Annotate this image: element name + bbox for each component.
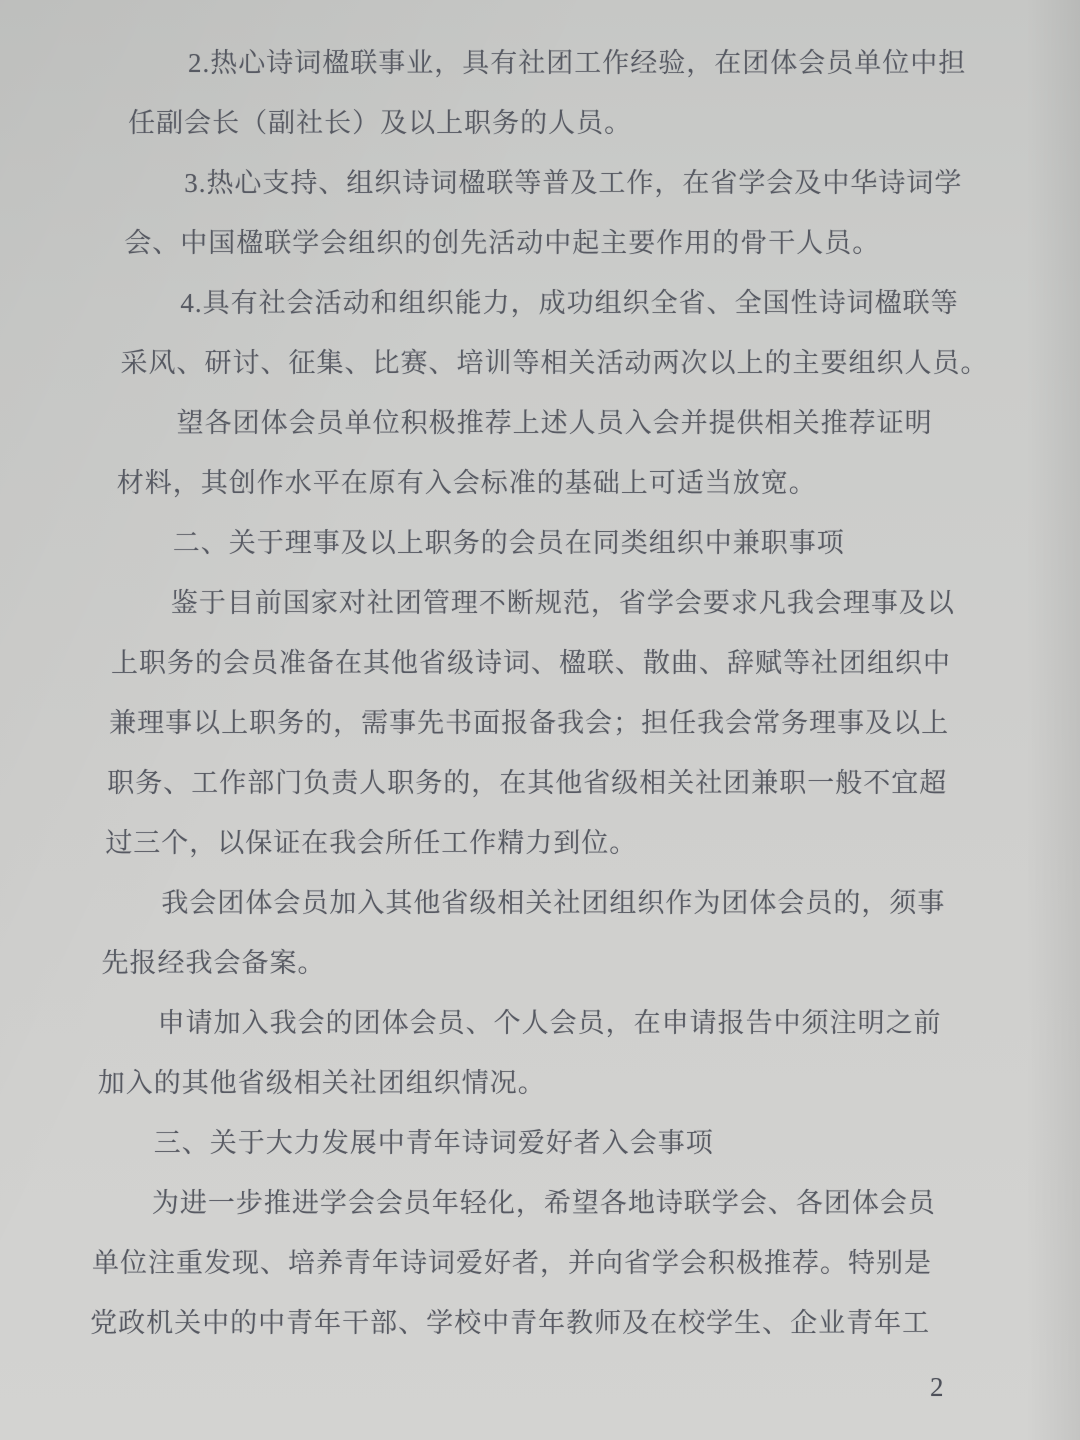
text-line: 会、中国楹联学会组织的创先活动中起主要作用的骨干人员。 [124,213,980,273]
text-line: 加入的其他省级相关社团组织情况。 [98,1053,980,1113]
text-line: 鉴于目前国家对社团管理不断规范，省学会要求凡我会理事及以 [171,573,980,633]
text-line: 3.热心支持、组织诗词楹联等普及工作，在省学会及中华诗词学 [184,153,980,213]
section-heading-2: 二、关于理事及以上职务的会员在同类组织中兼职事项 [173,513,980,573]
section-heading-3: 三、关于大力发展中青年诗词爱好者入会事项 [154,1113,980,1173]
text-line: 单位注重发现、培养青年诗词爱好者，并向省学会积极推荐。特别是 [92,1233,980,1293]
text-line: 先报经我会备案。 [102,933,981,993]
text-line: 上职务的会员准备在其他省级诗词、楹联、散曲、辞赋等社团组织中 [111,633,980,693]
page-number: 2 [930,1372,944,1403]
text-line: 望各团体会员单位积极推荐上述人员入会并提供相关推荐证明 [177,393,980,453]
document-body: 2.热心诗词楹联事业，具有社团工作经验，在团体会员单位中担 任副会长（副社长）及… [130,33,980,1353]
text-line: 4.具有社会活动和组织能力，成功组织全省、全国性诗词楹联等 [180,273,980,333]
text-line: 采风、研讨、征集、比赛、培训等相关活动两次以上的主要组织人员。 [121,333,981,393]
text-line: 我会团体会员加入其他省级相关社团组织作为团体会员的，须事 [161,873,980,933]
text-line: 党政机关中的中青年干部、学校中青年教师及在校学生、企业青年工 [90,1293,980,1353]
text-line: 过三个，以保证在我会所任工作精力到位。 [105,813,980,873]
text-line: 任副会长（副社长）及以上职务的人员。 [128,93,980,153]
document-photo: 2.热心诗词楹联事业，具有社团工作经验，在团体会员单位中担 任副会长（副社长）及… [0,0,1080,1440]
text-line: 申请加入我会的团体会员、个人会员，在申请报告中须注明之前 [158,993,980,1053]
text-line: 兼理事以上职务的，需事先书面报备我会；担任我会常务理事及以上 [109,693,980,753]
text-line: 2.热心诗词楹联事业，具有社团工作经验，在团体会员单位中担 [188,33,980,93]
text-line: 为进一步推进学会会员年轻化，希望各地诗联学会、各团体会员 [152,1173,980,1233]
text-line: 材料，其创作水平在原有入会标准的基础上可适当放宽。 [117,453,980,513]
text-line: 职务、工作部门负责人职务的，在其他省级相关社团兼职一般不宜超 [107,753,980,813]
